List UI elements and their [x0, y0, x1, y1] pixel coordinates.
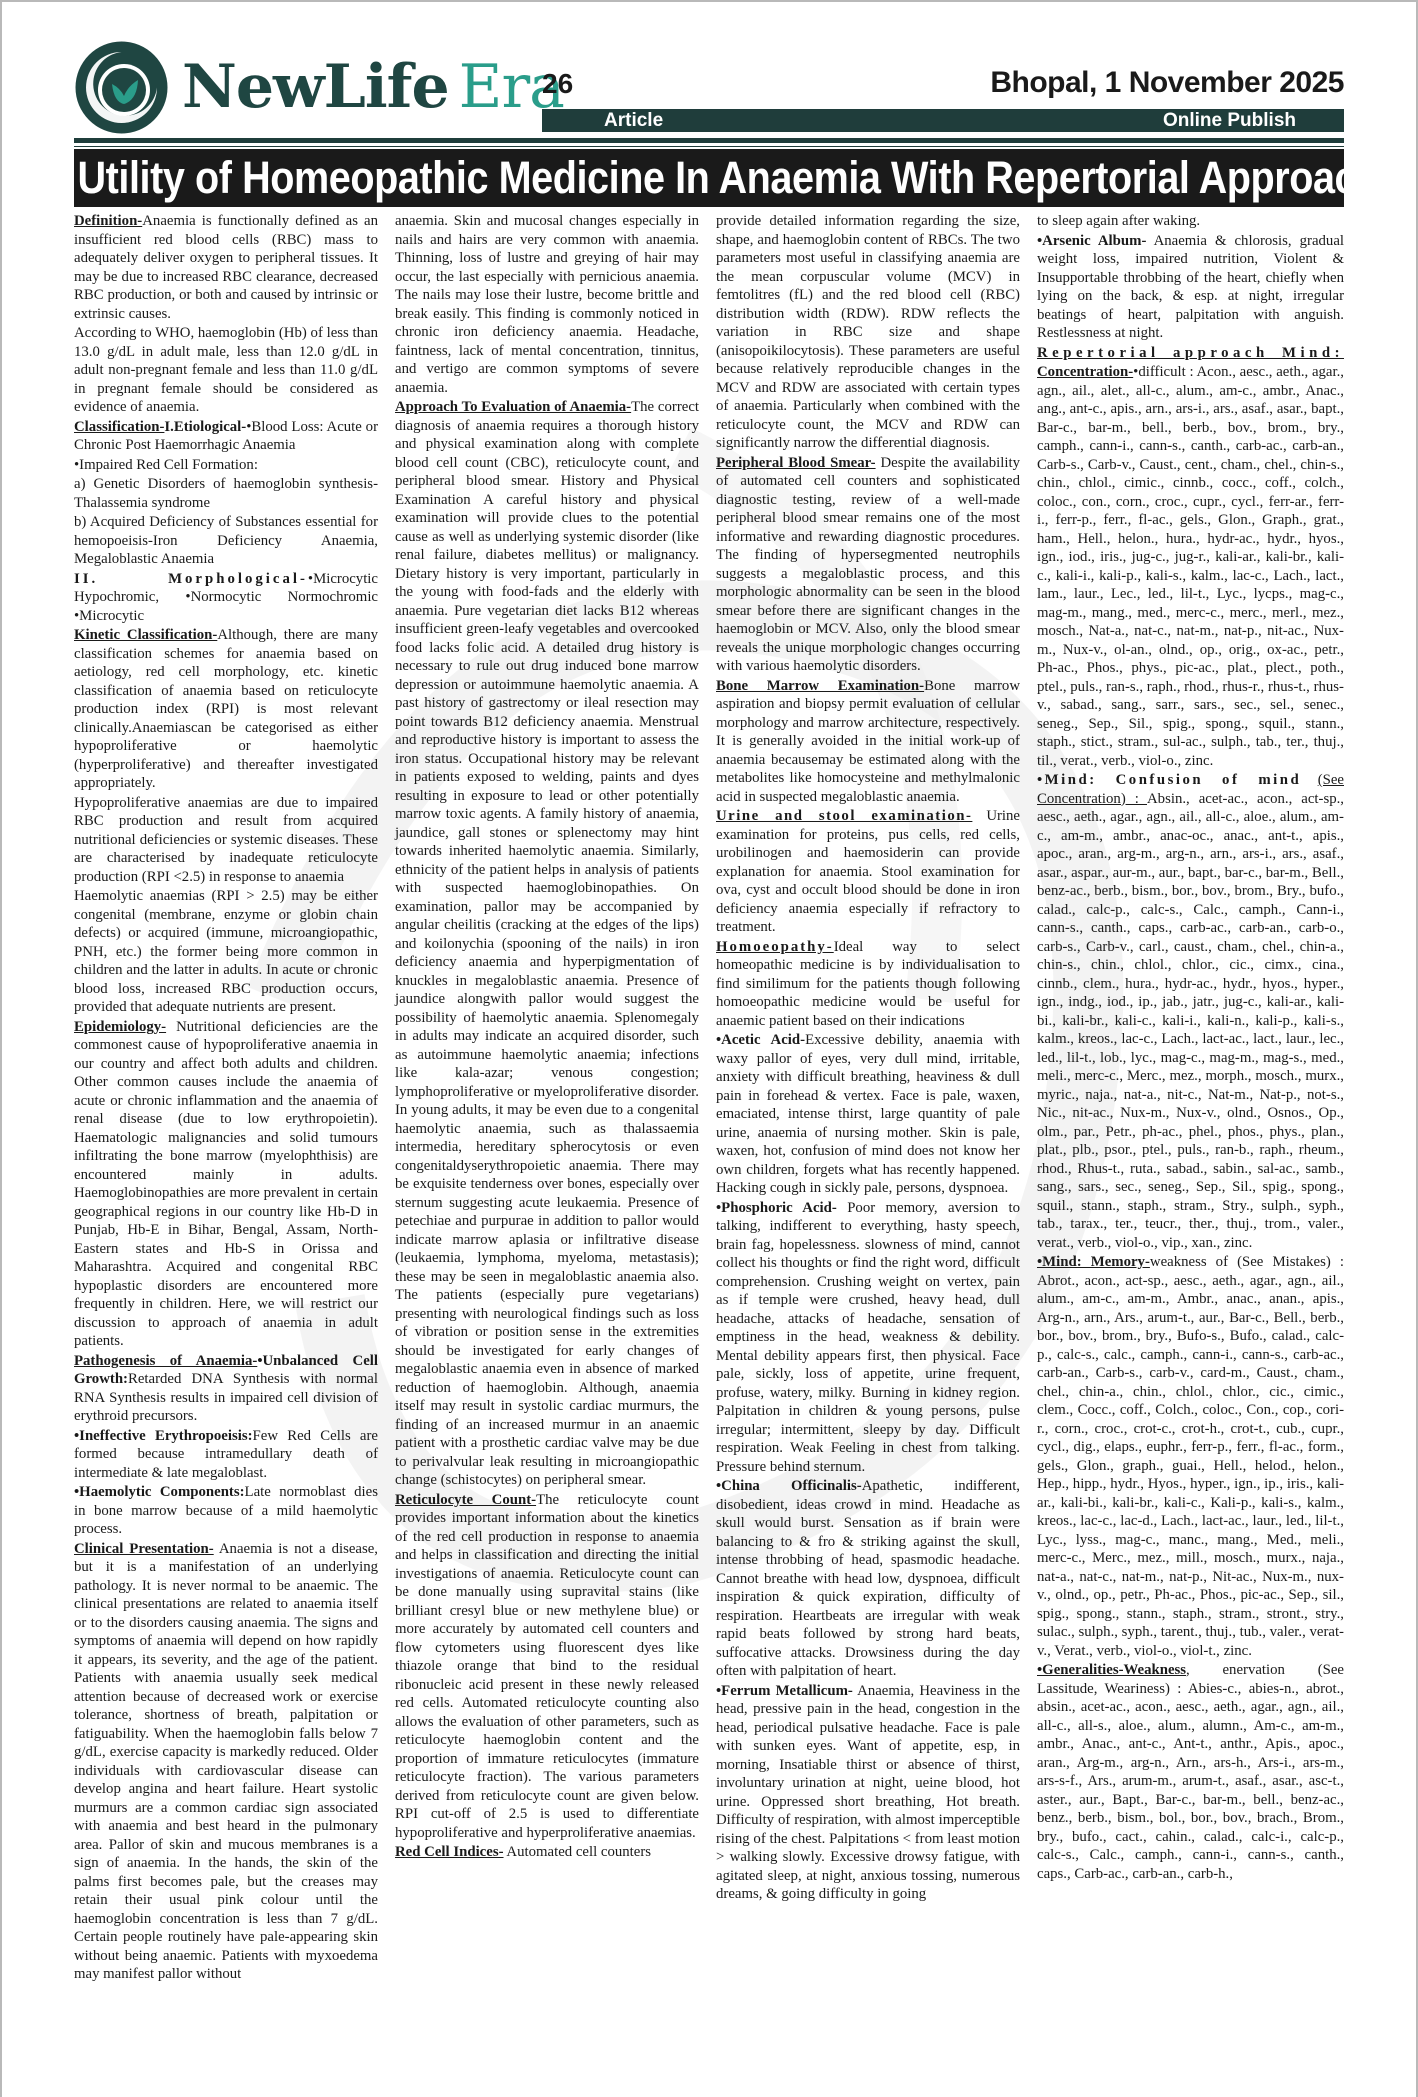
clinical-paragraph: Clinical Presentation- Anaemia is not a …: [74, 1540, 378, 1984]
classification-item: b) Acquired Deficiency of Substances ess…: [74, 513, 378, 569]
section-heading-homoeopathy: Homoeopathy-: [716, 939, 834, 955]
classification-paragraph: Classification-I.Etiological-•Blood Loss…: [74, 418, 378, 455]
body-text: Although, there are many classification …: [74, 627, 378, 791]
section-heading-pathogenesis: Pathogenesis of Anaemia-: [74, 1353, 257, 1369]
dateline: Bhopal, 1 November 2025: [990, 66, 1344, 100]
rubric-confusion: •Mind: Confusion of mind (See Concentrat…: [1037, 771, 1344, 1252]
headline: Utility of Homeopathic Medicine In Anaem…: [74, 149, 1192, 207]
classification-item: a) Genetic Disorders of haemoglobin synt…: [74, 475, 378, 512]
body-text: The correct diagnosis of anaemia require…: [395, 399, 699, 1488]
rubric-label: •Generalities-Weakness: [1037, 1662, 1186, 1678]
publish-label: Online Publish: [1163, 109, 1296, 132]
body-paragraph: to sleep again after waking.: [1037, 212, 1344, 231]
epidemiology-paragraph: Epidemiology- Nutritional deficiencies a…: [74, 1018, 378, 1351]
body-text: Apathetic, indifferent, disobedient, ide…: [716, 1478, 1020, 1679]
section-heading-approach: Approach To Evaluation of Anaemia-: [395, 399, 631, 415]
body-text: Anaemia, Heaviness in the head, pressive…: [716, 1683, 1020, 1903]
rubric-label: •Mind: Confusion of mind: [1037, 772, 1301, 788]
approach-paragraph: Approach To Evaluation of Anaemia-The co…: [395, 398, 699, 1490]
rubric-remedies: Acon., aesc., aeth., agar., agn., ail., …: [1037, 364, 1344, 769]
section-heading-red-cell: Red Cell Indices-: [395, 1844, 504, 1860]
headline-banner: Utility of Homeopathic Medicine In Anaem…: [74, 149, 1344, 207]
page-number: 26: [542, 68, 573, 100]
section-heading-smear: Peripheral Blood Smear-: [716, 455, 876, 471]
brand-primary: NewLife: [182, 52, 449, 122]
rubric-qualifier: •difficult :: [1133, 364, 1196, 380]
article-column-3: provide detailed information regarding t…: [716, 212, 1020, 1905]
body-text: Bone marrow aspiration and biopsy permit…: [716, 678, 1020, 805]
section-heading-classification: Classification-: [74, 419, 164, 435]
pathogenesis-item: •Haemolytic Components:Late normoblast d…: [74, 1483, 378, 1539]
smear-paragraph: Peripheral Blood Smear- Despite the avai…: [716, 454, 1020, 676]
section-heading-urine: Urine and stool examination-: [716, 808, 972, 824]
remedy-phosphoric-acid: •Phosphoric Acid- Poor memory, aversion …: [716, 1199, 1020, 1477]
remedy-china-officinalis: •China Officinalis-Apathetic, indifferen…: [716, 1477, 1020, 1681]
marrow-paragraph: Bone Marrow Examination-Bone marrow aspi…: [716, 677, 1020, 807]
article-column-1: Definition-Anaemia is functionally defin…: [74, 212, 378, 1985]
masthead-rule-thin: [74, 146, 1344, 147]
red-cell-paragraph: Red Cell Indices- Automated cell counter…: [395, 1843, 699, 1862]
bullet-label: •Ineffective Erythropoeisis:: [74, 1428, 253, 1444]
body-text: Automated cell counters: [506, 1844, 651, 1860]
remedy-name: •Arsenic Album-: [1037, 233, 1146, 249]
section-heading-reticulocyte: Reticulocyte Count-: [395, 1492, 536, 1508]
newlife-era-logo-icon: [74, 40, 169, 135]
remedy-acetic-acid: •Acetic Acid-Excessive debility, anaemia…: [716, 1031, 1020, 1198]
rubric-remedies: Abies-c., abies-n., abrot., absin., acet…: [1037, 1681, 1344, 1882]
masthead-rule: [74, 138, 1344, 143]
repertory-heading-paragraph: Repertorial approach Mind:: [1037, 344, 1344, 363]
classification-item: •Impaired Red Cell Formation:: [74, 456, 378, 475]
remedy-name: •Phosphoric Acid-: [716, 1200, 837, 1216]
body-paragraph: provide detailed information regarding t…: [716, 212, 1020, 453]
article-column-2: anaemia. Skin and mucosal changes especi…: [395, 212, 699, 1863]
body-text: Despite the availability of automated ce…: [716, 455, 1020, 675]
body-text: Anaemia is not a disease, but it is a ma…: [74, 1541, 378, 1983]
rubric-memory: •Mind: Memory-weakness of (See Mistakes)…: [1037, 1253, 1344, 1660]
rubric-label: Concentration-: [1037, 364, 1133, 380]
section-heading-clinical: Clinical Presentation-: [74, 1541, 214, 1557]
body-text: Urine examination for proteins, pus cell…: [716, 808, 1020, 935]
subheading-etiological: I.Etiological-: [164, 419, 246, 435]
body-paragraph: Haemolytic anaemias (RPI > 2.5) may be e…: [74, 887, 378, 1017]
body-text: The reticulocyte count provides importan…: [395, 1492, 699, 1841]
section-heading-kinetic: Kinetic Classification-: [74, 627, 217, 643]
article-column-4: to sleep again after waking. •Arsenic Al…: [1037, 212, 1344, 1884]
body-text: Anaemia is functionally defined as an in…: [74, 213, 378, 322]
section-heading-epidemiology: Epidemiology-: [74, 1019, 166, 1035]
bullet-label: •Haemolytic Components:: [74, 1484, 245, 1500]
remedy-name: •Acetic Acid-: [716, 1032, 805, 1048]
brand-wordmark: NewLifeEra: [182, 52, 564, 122]
pathogenesis-item: •Ineffective Erythropoeisis:Few Red Cell…: [74, 1427, 378, 1483]
reticulocyte-paragraph: Reticulocyte Count-The reticulocyte coun…: [395, 1491, 699, 1843]
pathogenesis-paragraph: Pathogenesis of Anaemia-•Unbalanced Cell…: [74, 1352, 378, 1426]
remedy-name: •China Officinalis-: [716, 1478, 862, 1494]
who-paragraph: According to WHO, haemoglobin (Hb) of le…: [74, 324, 378, 417]
subheading-morphological: II. Morphological-: [74, 571, 308, 587]
body-paragraph: anaemia. Skin and mucosal changes especi…: [395, 212, 699, 397]
homoeopathy-paragraph: Homoeopathy-Ideal way to select homeopat…: [716, 938, 1020, 1031]
kinetic-paragraph: Kinetic Classification-Although, there a…: [74, 626, 378, 793]
remedy-name: •Ferrum Metallicum-: [716, 1683, 853, 1699]
section-heading-repertory: Repertorial approach Mind:: [1037, 345, 1344, 361]
rubric-remedies: Abrot., acon., act-sp., aesc., aeth., ag…: [1037, 1273, 1344, 1659]
section-bar: Article Online Publish: [542, 109, 1344, 132]
section-heading-definition: Definition-: [74, 213, 142, 229]
morphological-paragraph: II. Morphological-•Microcytic Hypochromi…: [74, 570, 378, 626]
remedy-arsenic-album: •Arsenic Album- Anaemia & chlorosis, gra…: [1037, 232, 1344, 343]
body-paragraph: Hypoproliferative anaemias are due to im…: [74, 794, 378, 887]
definition-paragraph: Definition-Anaemia is functionally defin…: [74, 212, 378, 323]
remedy-ferrum-metallicum: •Ferrum Metallicum- Anaemia, Heaviness i…: [716, 1682, 1020, 1904]
masthead: NewLifeEra 26 Bhopal, 1 November 2025 Ar…: [74, 40, 1344, 140]
body-text: Excessive debility, anaemia with waxy pa…: [716, 1032, 1020, 1196]
rubric-weakness: •Generalities-Weakness, enervation (See …: [1037, 1661, 1344, 1883]
urine-paragraph: Urine and stool examination- Urine exami…: [716, 807, 1020, 937]
rubric-qualifier: weakness of (See Mistakes) :: [1150, 1254, 1344, 1270]
section-heading-marrow: Bone Marrow Examination-: [716, 678, 924, 694]
body-text: Poor memory, aversion to talking, indiff…: [716, 1200, 1020, 1475]
rubric-concentration: Concentration-•difficult : Acon., aesc.,…: [1037, 363, 1344, 770]
body-text: Nutritional deficiencies are the commone…: [74, 1019, 378, 1350]
rubric-label: •Mind: Memory-: [1037, 1254, 1150, 1270]
section-label: Article: [604, 109, 663, 132]
rubric-remedies: Absin., acet-ac., acon., act-sp., aesc.,…: [1037, 791, 1344, 1251]
